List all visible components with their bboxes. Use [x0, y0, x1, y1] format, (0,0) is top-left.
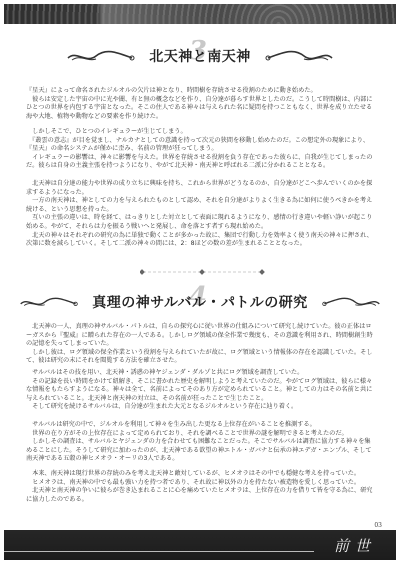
flourish-left-icon	[19, 296, 79, 310]
footer-banner: 前世	[4, 530, 396, 560]
paragraph: サルバルはその技を用い、北天神・誘惑の神ヤジェンダ・ダルゾと共にログ領域を調査し…	[26, 369, 376, 412]
section-title: 真理の神サルバル・パトルの研究	[84, 292, 316, 312]
paragraph: 北天神の一人、真理の神サルバル・パトルは、自らの探究心に従い世界の仕組みについて…	[26, 323, 376, 366]
section-heading-4: 4 真理の神サルバル・パトルの研究	[0, 292, 400, 312]
section-divider	[140, 269, 265, 275]
flourish-right-icon	[321, 296, 381, 310]
paragraph: 本来、南天神は現行世界の存続のみを考え北天神と敵対しているが、ヒメオラはその中で…	[26, 470, 376, 504]
section-title: 北天神と南天神	[141, 46, 259, 66]
ornament-pattern	[4, 4, 396, 24]
paragraph: しかしそこで、ひとつのイレギュラーが生じてしまう。 『叢雲の意志』が目を覚まし、…	[26, 128, 376, 171]
paragraph: 北天神は自分達の能力や世界の成り立ちに興味を持ち、これから世界がどうなるのか、自…	[26, 180, 376, 249]
flourish-right-icon	[264, 50, 334, 64]
paragraph: サルバルは研究の中で、ジルオルを利用して神々を生み出した更なる上位存在がいること…	[26, 421, 376, 464]
chapter-label: 前世	[334, 535, 376, 556]
header-banner	[4, 4, 396, 24]
section-heading-3: 3 北天神と南天神	[0, 46, 400, 66]
page-number: 03	[374, 522, 382, 529]
paragraph: 『星天』によって命名されたジルオルの欠片は神となり、時間樹を存続させる役割のため…	[26, 87, 376, 121]
footer-rule	[4, 551, 314, 552]
flourish-left-icon	[66, 50, 136, 64]
